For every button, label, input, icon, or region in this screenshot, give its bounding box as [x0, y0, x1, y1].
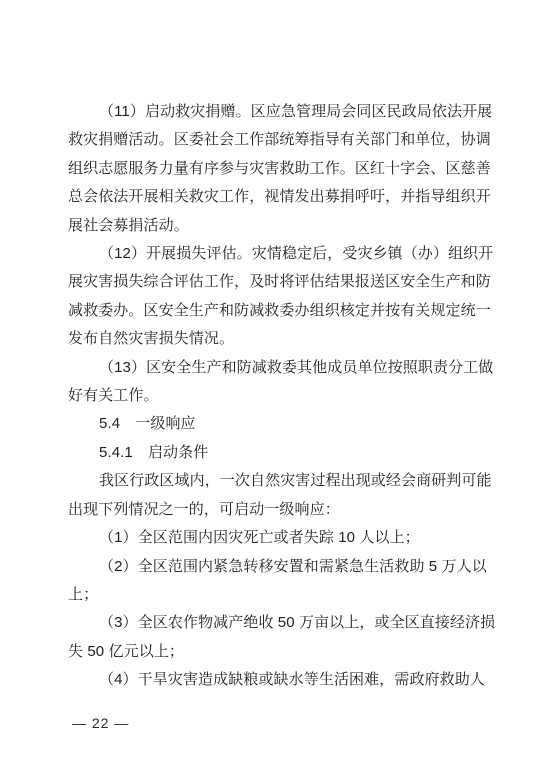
para-11-line: （11）启动救灾捐赠。区应急管理局会同区民政局依法开展 — [68, 98, 498, 126]
para-12-line: （12）开展损失评估。灾情稳定后，受灾乡镇（办）组织开 — [68, 240, 498, 268]
condition-2-line: （2）全区范围内紧急转移安置和需紧急生活救助 5 万人以 — [68, 553, 498, 581]
para-13-line: 好有关工作。 — [68, 382, 498, 410]
condition-3-line: （3）全区农作物减产绝收 50 万亩以上，或全区直接经济损 — [68, 609, 498, 637]
intro-line: 我区行政区域内，一次自然灾害过程出现或经会商研判可能 — [68, 467, 498, 495]
condition-3-line: 失 50 亿元以上； — [68, 638, 498, 666]
para-11-line: 救灾捐赠活动。区委社会工作部统筹指导有关部门和单位，协调 — [68, 126, 498, 154]
para-13-line: （13）区安全生产和防减救委其他成员单位按照职责分工做 — [68, 354, 498, 382]
condition-4-line: （4）干旱灾害造成缺粮或缺水等生活困难，需政府救助人 — [68, 666, 498, 694]
para-12-line: 展灾害损失综合评估工作，及时将评估结果报送区安全生产和防 — [68, 268, 498, 296]
subsection-heading-5-4-1: 5.4.1 启动条件 — [68, 439, 498, 467]
page-number: — 22 — — [72, 714, 129, 732]
condition-2-line: 上； — [68, 581, 498, 609]
para-12-line: 发布自然灾害损失情况。 — [68, 325, 498, 353]
intro-line: 出现下列情况之一的，可启动一级响应： — [68, 496, 498, 524]
para-11-line: 组织志愿服务力量有序参与灾害救助工作。区红十字会、区慈善 — [68, 155, 498, 183]
para-11-line: 总会依法开展相关救灾工作，视情发出募捐呼吁，并指导组织开 — [68, 183, 498, 211]
condition-1-line: （1）全区范围内因灾死亡或者失踪 10 人以上； — [68, 524, 498, 552]
document-content: （11）启动救灾捐赠。区应急管理局会同区民政局依法开展 救灾捐赠活动。区委社会工… — [68, 98, 498, 695]
section-heading-5-4: 5.4 一级响应 — [68, 410, 498, 438]
para-12-line: 减救委办。区安全生产和防减救委办组织核定并按有关规定统一 — [68, 297, 498, 325]
document-page: （11）启动救灾捐赠。区应急管理局会同区民政局依法开展 救灾捐赠活动。区委社会工… — [0, 0, 554, 784]
para-11-line: 展社会募捐活动。 — [68, 212, 498, 240]
